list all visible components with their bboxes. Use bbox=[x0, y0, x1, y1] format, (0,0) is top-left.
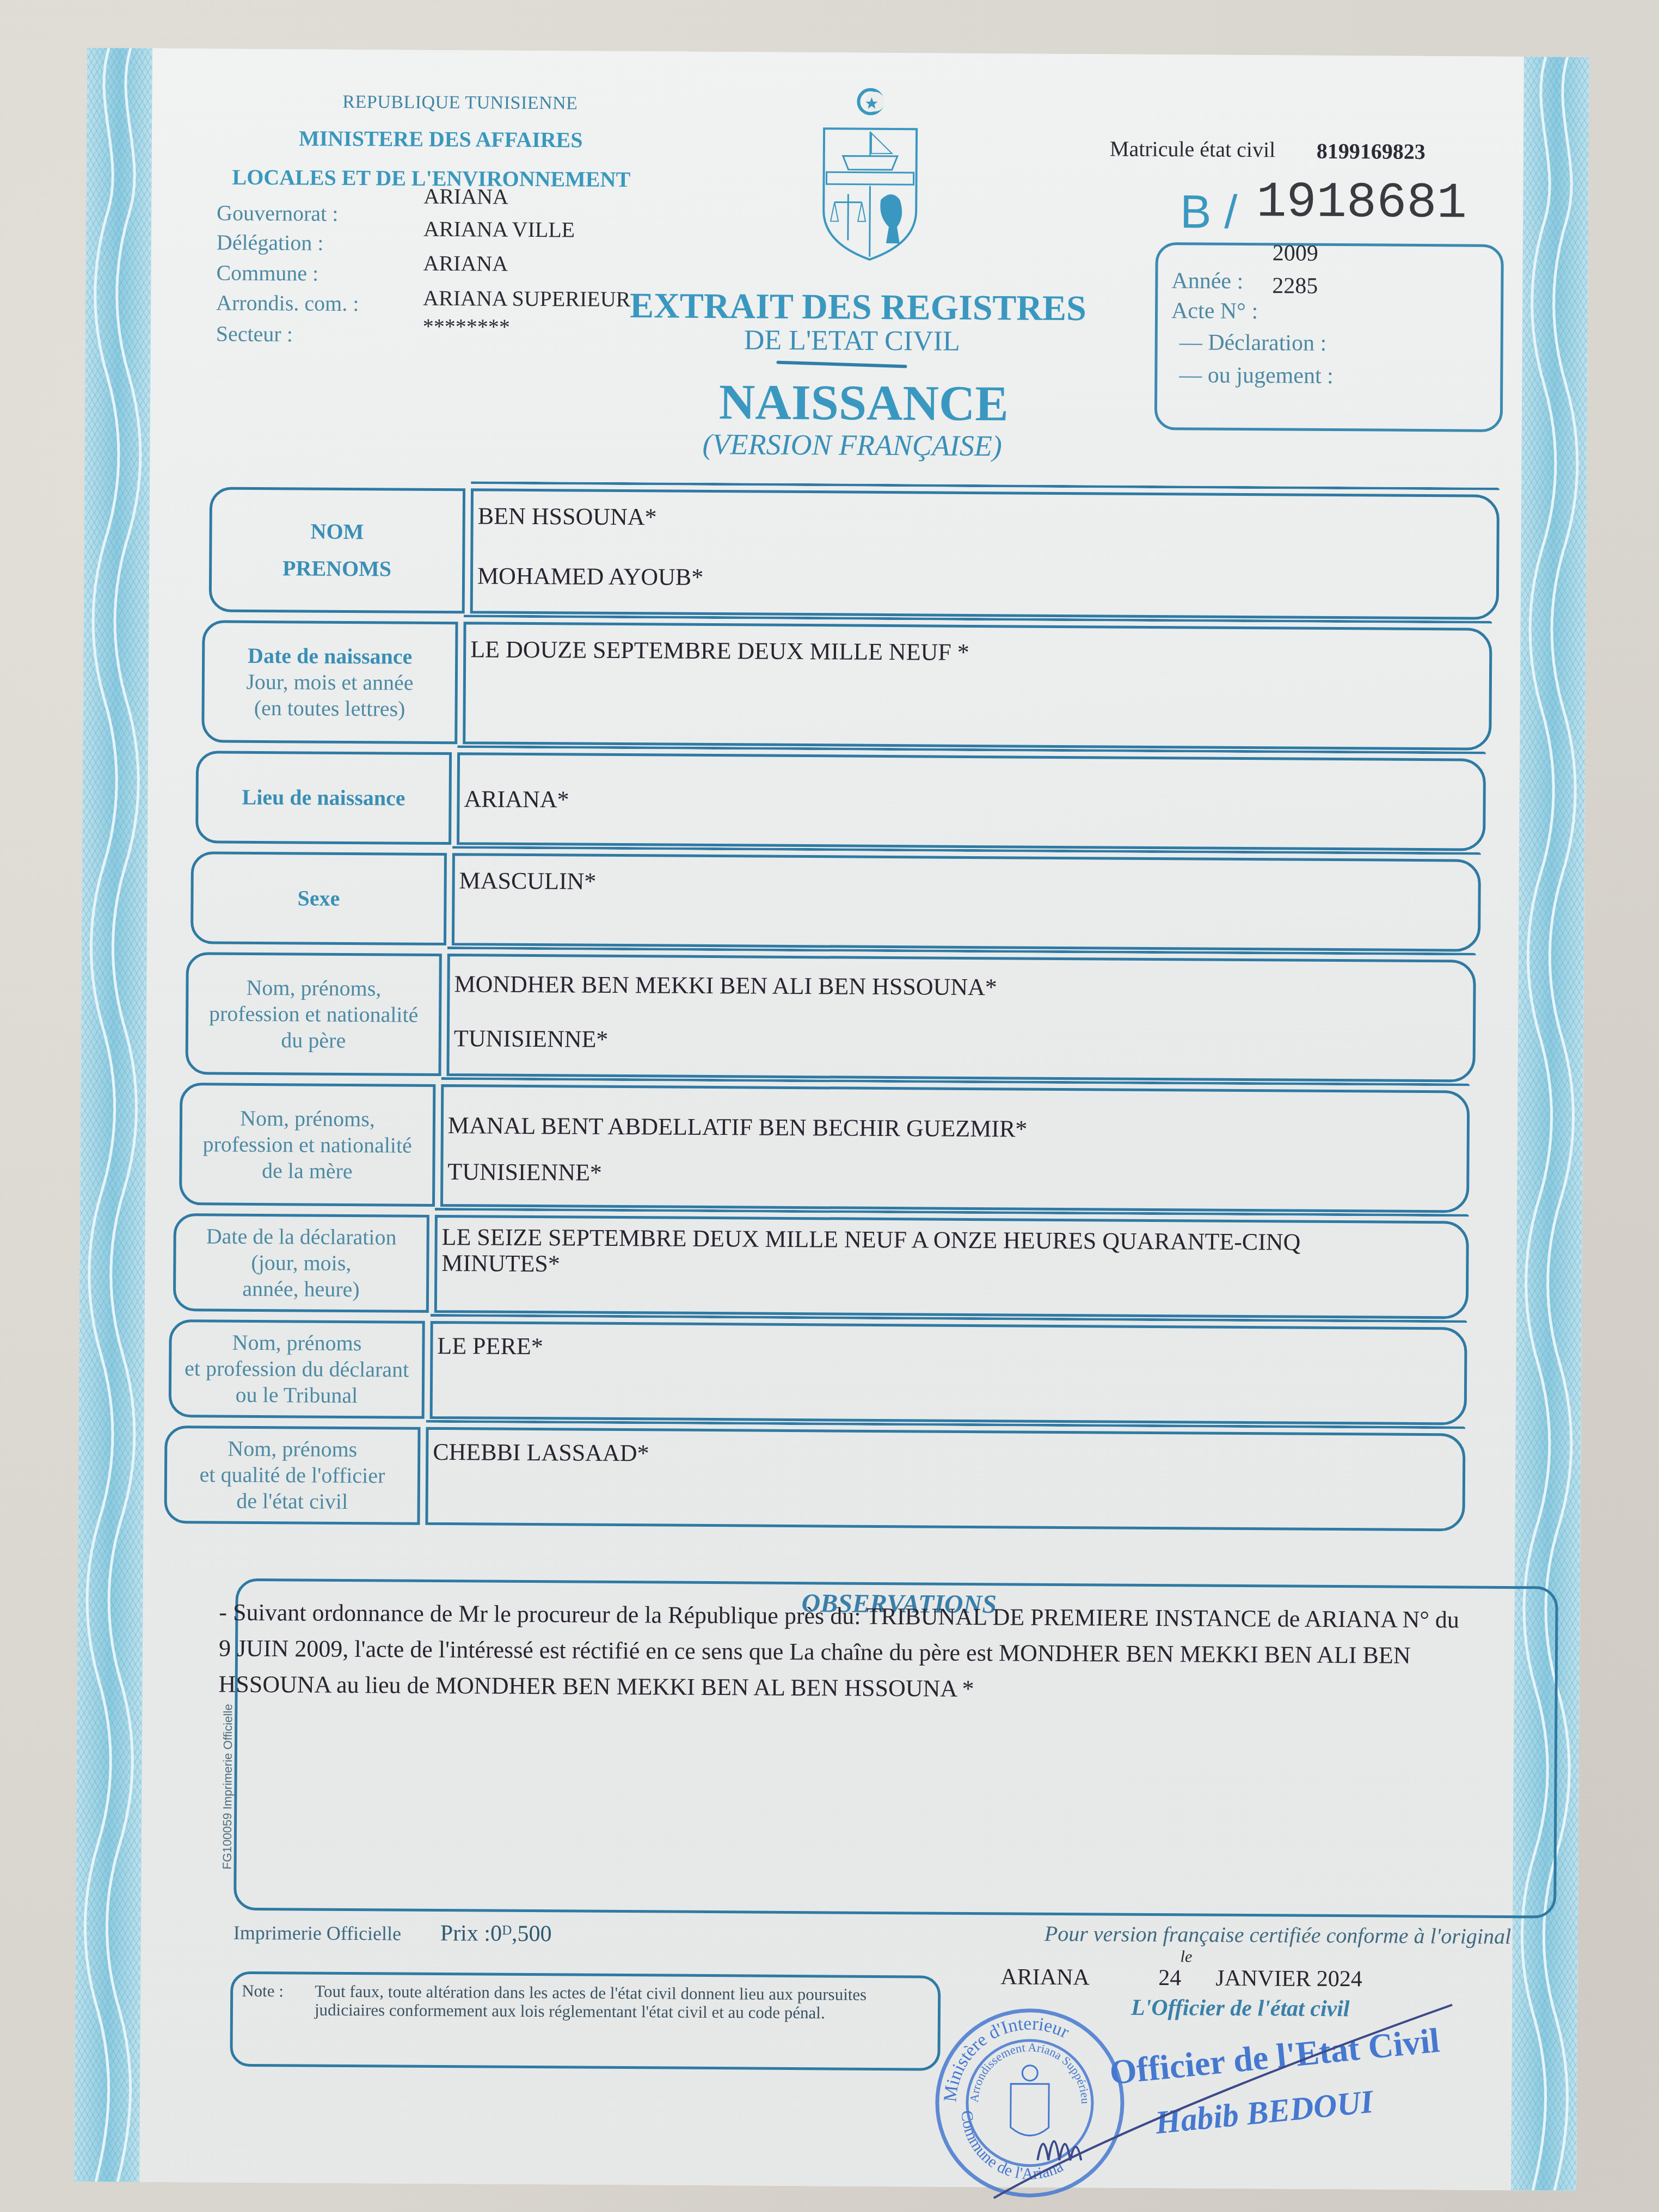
serial-number: 1918681 bbox=[1256, 174, 1467, 232]
row-pere: Nom, prénoms, profession et nationalité … bbox=[185, 952, 1476, 1082]
jugement-label: — ou jugement : bbox=[1179, 362, 1334, 389]
row-label: Nom, prénoms, profession et nationalité … bbox=[185, 952, 441, 1076]
row-value-box: LE DOUZE SEPTEMBRE DEUX MILLE NEUF * bbox=[463, 622, 1492, 751]
note-label: Note : bbox=[242, 1982, 284, 2000]
pere-name-value: MONDHER BEN MEKKI BEN ALI BEN HSSOUNA* bbox=[454, 970, 997, 1001]
serial-prefix: B / bbox=[1180, 185, 1238, 239]
nom-value: BEN HSSOUNA* bbox=[478, 502, 657, 531]
title-divider bbox=[776, 361, 907, 368]
mere-nationality-value: TUNISIENNE* bbox=[447, 1158, 602, 1187]
document-title-line-1: EXTRAIT DES REGISTRES bbox=[630, 285, 1086, 329]
row-value-box: LE PERE* bbox=[430, 1321, 1467, 1425]
document-type-title: NAISSANCE bbox=[719, 373, 1009, 432]
date-declaration-value-line-1: LE SEIZE SEPTEMBRE DEUX MILLE NEUF A ONZ… bbox=[442, 1223, 1301, 1256]
field-value-secteur: ******** bbox=[423, 314, 510, 340]
field-value-arrondissement: ARIANA SUPERIEUR bbox=[423, 285, 630, 312]
row-label: Sexe bbox=[191, 851, 447, 945]
row-date-declaration: Date de la déclaration (jour, mois, anné… bbox=[173, 1213, 1469, 1319]
tunisia-coat-of-arms-icon bbox=[810, 85, 931, 265]
row-value-box: CHEBBI LASSAAD* bbox=[425, 1427, 1465, 1532]
row-value-box: MONDHER BEN MEKKI BEN ALI BEN HSSOUNA* T… bbox=[446, 954, 1476, 1083]
issue-day-suffix: le bbox=[1181, 1947, 1193, 1966]
mere-name-value: MANAL BENT ABDELLATIF BEN BECHIR GUEZMIR… bbox=[448, 1111, 1028, 1143]
matricule-label: Matricule état civil bbox=[1110, 136, 1276, 162]
field-label-delegation: Délégation : bbox=[217, 229, 324, 255]
security-border-left bbox=[74, 48, 152, 2182]
row-label: Nom, prénoms et profession du déclarant … bbox=[169, 1319, 425, 1419]
field-label-commune: Commune : bbox=[216, 260, 318, 286]
row-officier: Nom, prénoms et qualité de l'officier de… bbox=[164, 1425, 1465, 1532]
row-label: NOM PRENOMS bbox=[209, 487, 465, 613]
observations-text: - Suivant ordonnance de Mr le procureur … bbox=[218, 1595, 1471, 1710]
field-label-arrondissement: Arrondis. com. : bbox=[216, 290, 359, 316]
date-declaration-value-line-2: MINUTES* bbox=[441, 1249, 560, 1277]
matricule-value: 8199169823 bbox=[1317, 138, 1425, 164]
printer-label: Imprimerie Officielle bbox=[234, 1921, 401, 1945]
row-label: Date de la déclaration (jour, mois, anné… bbox=[173, 1213, 429, 1313]
acte-number-value: 2285 bbox=[1272, 273, 1318, 299]
field-label-gouvernorat: Gouvernorat : bbox=[217, 200, 339, 226]
row-value-box: ARIANA* bbox=[457, 752, 1486, 851]
declarant-value: LE PERE* bbox=[437, 1332, 543, 1360]
acte-number-label: Acte N° : bbox=[1171, 298, 1258, 324]
row-label: Nom, prénoms et qualité de l'officier de… bbox=[164, 1425, 420, 1525]
declaration-label: — Déclaration : bbox=[1179, 329, 1327, 357]
field-value-commune: ARIANA bbox=[423, 250, 508, 276]
legal-note: Note : Tout faux, toute altération dans … bbox=[230, 1971, 941, 2071]
prenoms-value: MOHAMED AYOUB* bbox=[477, 562, 704, 591]
sexe-value: MASCULIN* bbox=[459, 867, 597, 895]
birth-certificate-document: REPUBLIQUE TUNISIENNE MINISTERE DES AFFA… bbox=[74, 48, 1589, 2191]
field-label-secteur: Secteur : bbox=[216, 321, 293, 347]
row-label: Date de naissance Jour, mois et année (e… bbox=[201, 620, 458, 744]
row-declarant: Nom, prénoms et profession du déclarant … bbox=[169, 1319, 1467, 1425]
price-label: Prix :0ᴰ,500 bbox=[440, 1920, 552, 1947]
document-version: (VERSION FRANÇAISE) bbox=[702, 427, 1002, 463]
row-value-box: MASCULIN* bbox=[452, 853, 1481, 952]
pere-nationality-value: TUNISIENNE* bbox=[454, 1024, 609, 1053]
row-value-box: BEN HSSOUNA* MOHAMED AYOUB* bbox=[470, 488, 1500, 620]
row-label: Nom, prénoms, profession et nationalité … bbox=[179, 1083, 435, 1207]
officier-value: CHEBBI LASSAAD* bbox=[433, 1438, 649, 1467]
lieu-naissance-value: ARIANA* bbox=[464, 785, 569, 813]
row-value-box: MANAL BENT ABDELLATIF BEN BECHIR GUEZMIR… bbox=[440, 1084, 1470, 1213]
row-value-box: LE SEIZE SEPTEMBRE DEUX MILLE NEUF A ONZ… bbox=[434, 1215, 1469, 1319]
date-naissance-value: LE DOUZE SEPTEMBRE DEUX MILLE NEUF * bbox=[470, 635, 969, 666]
certification-text: Pour version française certifiée conform… bbox=[1044, 1921, 1511, 1949]
signature bbox=[972, 1980, 1464, 2211]
republic-label: REPUBLIQUE TUNISIENNE bbox=[342, 92, 577, 114]
document-title-line-2: DE L'ETAT CIVIL bbox=[744, 324, 960, 357]
row-date-naissance: Date de naissance Jour, mois et année (e… bbox=[201, 620, 1492, 750]
row-lieu-naissance: Lieu de naissance ARIANA* bbox=[195, 751, 1486, 851]
field-value-delegation: ARIANA VILLE bbox=[423, 216, 575, 243]
ministry-line-1: MINISTERE DES AFFAIRES bbox=[299, 125, 583, 152]
annee-value: 2009 bbox=[1273, 240, 1318, 267]
row-nom-prenoms: NOM PRENOMS BEN HSSOUNA* MOHAMED AYOUB* bbox=[209, 487, 1500, 619]
row-mere: Nom, prénoms, profession et nationalité … bbox=[179, 1083, 1470, 1213]
row-sexe: Sexe MASCULIN* bbox=[191, 851, 1481, 951]
printer-reference: FG100059 Imprimerie Officielle bbox=[220, 1704, 236, 1870]
annee-label: Année : bbox=[1171, 268, 1243, 294]
row-label: Lieu de naissance bbox=[195, 751, 452, 845]
note-text: Tout faux, toute altération dans les act… bbox=[315, 1982, 867, 2023]
field-value-gouvernorat: ARIANA bbox=[423, 183, 508, 210]
